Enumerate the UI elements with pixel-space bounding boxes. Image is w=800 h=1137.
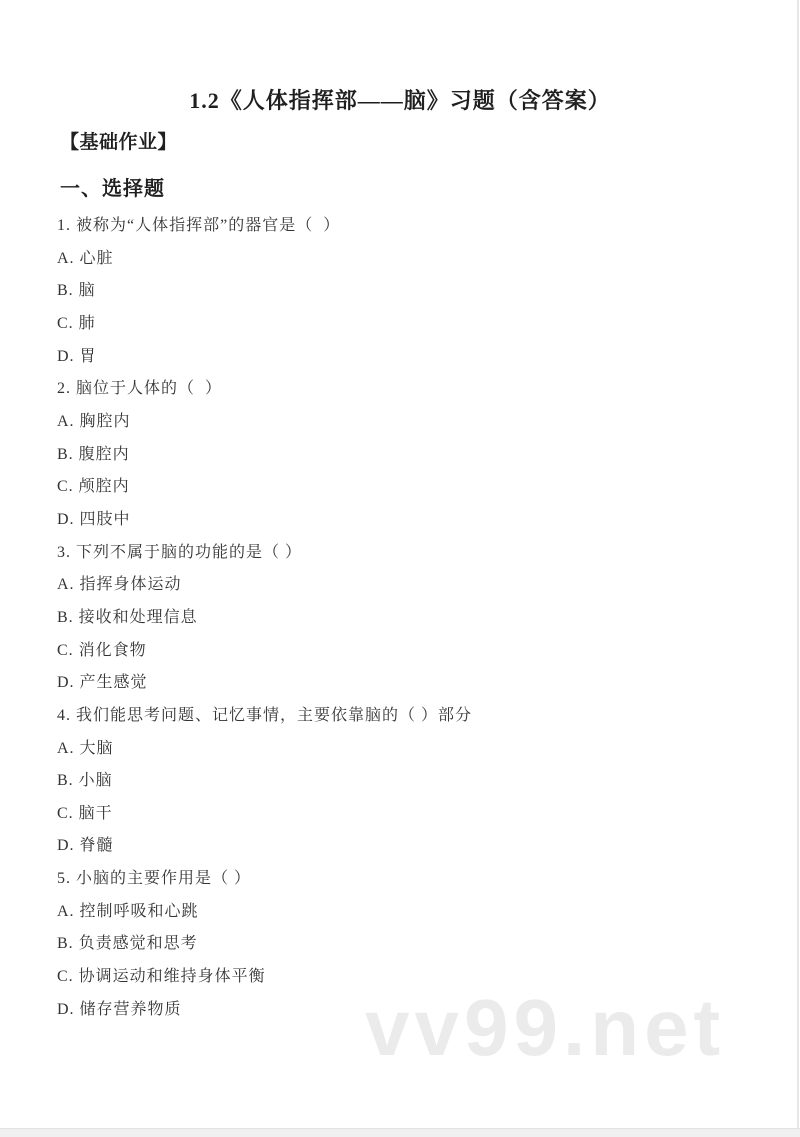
question-list: 1. 被称为“人体指挥部”的器官是（ ） A. 心脏 B. 脑 C. 肺 D. …: [57, 210, 770, 1026]
subsection-header-multiple-choice: 一、选择题: [60, 177, 165, 201]
question-2-option-d: D. 四肢中: [57, 504, 770, 537]
question-2-prompt: 2. 脑位于人体的（ ）: [57, 373, 770, 406]
question-3-option-b: B. 接收和处理信息: [57, 602, 770, 635]
question-4-option-c: C. 脑干: [57, 798, 770, 831]
section-header-basic-homework: 【基础作业】: [60, 131, 177, 155]
question-5-option-c: C. 协调运动和维持身体平衡: [57, 961, 770, 994]
question-2-option-c: C. 颅腔内: [57, 471, 770, 504]
question-5-option-d: D. 储存营养物质: [57, 994, 770, 1027]
question-5-option-b: B. 负责感觉和思考: [57, 928, 770, 961]
document-page: 1.2《人体指挥部——脑》习题（含答案） 【基础作业】 一、选择题 1. 被称为…: [0, 0, 800, 1137]
question-3-prompt: 3. 下列不属于脑的功能的是（ ）: [57, 537, 770, 570]
question-5-option-a: A. 控制呼吸和心跳: [57, 896, 770, 929]
question-1-option-c: C. 肺: [57, 308, 770, 341]
question-4-option-d: D. 脊髓: [57, 830, 770, 863]
question-1-prompt: 1. 被称为“人体指挥部”的器官是（ ）: [57, 210, 770, 243]
page-title: 1.2《人体指挥部——脑》习题（含答案）: [0, 86, 800, 116]
question-5-prompt: 5. 小脑的主要作用是（ ）: [57, 863, 770, 896]
question-1-option-d: D. 胃: [57, 341, 770, 374]
question-4-option-b: B. 小脑: [57, 765, 770, 798]
question-1-option-a: A. 心脏: [57, 243, 770, 276]
page-bottom-edge: [0, 1128, 800, 1137]
question-3-option-d: D. 产生感觉: [57, 667, 770, 700]
question-4-prompt: 4. 我们能思考问题、记忆事情，主要依靠脑的（ ）部分: [57, 700, 770, 733]
question-2-option-b: B. 腹腔内: [57, 439, 770, 472]
question-1-option-b: B. 脑: [57, 275, 770, 308]
question-2-option-a: A. 胸腔内: [57, 406, 770, 439]
page-right-edge: [797, 0, 799, 1137]
question-3-option-c: C. 消化食物: [57, 635, 770, 668]
question-3-option-a: A. 指挥身体运动: [57, 569, 770, 602]
question-4-option-a: A. 大脑: [57, 733, 770, 766]
